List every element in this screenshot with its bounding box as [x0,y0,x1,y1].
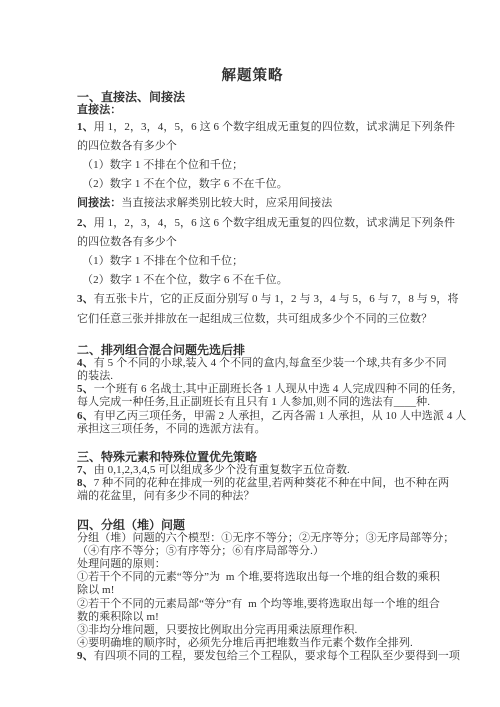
bold-text: 1、 [77,121,94,133]
text-line: 8、7 种不同的花种在排成一列的花盆里,若两种葵花不种在中间，也不种在两 [77,477,440,490]
section: 一、直接法、间接法直接法：1、用 1，2，3，4，5，6 这 6 个数字组成无重… [77,90,440,329]
body-text: 数的乘积除以 m! [77,611,159,623]
body-text: ③非均分堆问题，只要按比例取出分完再用乘法原理作积. [77,624,357,636]
body-text: 有甲乙丙三项任务，甲需 2 人承担，乙丙各需 1 人承担，从 10 人中选派 4… [94,410,467,422]
text-line: 9、有四项不同的工程，要发包给三个工程队，要求每个工程队至少要得到一项 [77,650,440,663]
body-text: 每人完成一种任务,且正副班长有且只有 1 人参加,则不同的选法有____种. [77,396,430,408]
section: 二、排列组合混合问题先选后排4、有 5 个不同的小球,装入 4 个不同的盒内,每… [77,343,440,436]
body-text: 的装法. [77,370,113,382]
text-line: 6、有甲乙丙三项任务，甲需 2 人承担，乙丙各需 1 人承担，从 10 人中选派… [77,410,440,423]
text-line: 1、用 1，2，3，4，5，6 这 6 个数字组成无重复的四位数，试求满足下列条… [77,118,440,137]
bold-text: 2、 [77,217,94,229]
text-line: ④要明确堆的顺序时，必须先分堆后再把堆数当作元素个数作全排列. [77,637,440,650]
bold-text: 7、 [77,464,94,476]
section-heading: 二、排列组合混合问题先选后排 [77,343,440,357]
text-line: 端的花盆里，问有多少不同的种法？ [77,490,440,503]
body-text: ①若干个不同的元素“等分”为 m 个堆,要将选取出每一个堆的组合数的乘积 [77,571,440,583]
body-text: 有五张卡片，它的正反面分别写 0 与 1，2 与 3，4 与 5，6 与 7，8… [94,293,459,305]
section: 三、特殊元素和特殊位置优先策略7、由 0,1,2,3,4,5 可以组成多少个没有… [77,450,440,504]
section-heading: 一、直接法、间接法 [77,90,440,104]
body-text: 的四位数各有多少个 [77,140,177,152]
text-line: 直接法： [77,104,440,118]
body-text: 它们任意三张并排放在一起组成三位数，共可组成多少个不同的三位数？ [77,313,432,325]
body-text: 当直接法求解类别比较大时，应采用间接法 [121,197,332,209]
text-line: 的装法. [77,370,440,383]
body-text: 端的花盆里，问有多少不同的种法？ [77,490,255,502]
document-page: 解题策略 一、直接法、间接法直接法：1、用 1，2，3，4，5，6 这 6 个数… [0,0,500,707]
text-line: 间接法：当直接法求解类别比较大时，应采用间接法 [77,194,440,213]
text-line: ②若干个不同的元素局部“等分”有 m 个均等堆,要将选取出每一个堆的组合 [77,598,440,611]
body-text: ④要明确堆的顺序时，必须先分堆后再把堆数当作元素个数作全排列. [77,637,413,649]
text-line: （1）数字 1 不排在个位和千位； [77,252,440,271]
text-line: 5、一个班有 6 名战士,其中正副班长各 1 人现从中选 4 人完成四种不同的任… [77,383,440,396]
text-line: 除以 m! [77,584,440,597]
body-text: 有 5 个不同的小球,装入 4 个不同的盒内,每盒至少装一个球,共有多少不同 [94,357,447,369]
text-line: 3、有五张卡片，它的正反面分别写 0 与 1，2 与 3，4 与 5，6 与 7… [77,290,440,309]
section: 四、分组（堆）问题分组（堆）问题的六个模型：①无序不等分；②无序等分；③无序局部… [77,518,440,664]
text-line: ①若干个不同的元素“等分”为 m 个堆,要将选取出每一个堆的组合数的乘积 [77,571,440,584]
text-line: 2、用 1，2，3，4，5，6 这 6 个数字组成无重复的四位数，试求满足下列条… [77,214,440,233]
text-line: （④有序不等分；⑤有序等分；⑥有序局部等分.） [77,545,440,558]
document-body: 一、直接法、间接法直接法：1、用 1，2，3，4，5，6 这 6 个数字组成无重… [77,90,440,664]
body-text: ②若干个不同的元素局部“等分”有 m 个均等堆,要将选取出每一个堆的组合 [77,598,440,610]
text-line: 的四位数各有多少个 [77,137,440,156]
text-line: ③非均分堆问题，只要按比例取出分完再用乘法原理作积. [77,624,440,637]
body-text: 一个班有 6 名战士,其中正副班长各 1 人现从中选 4 人完成四种不同的任务, [94,383,456,395]
body-text: 除以 m! [77,584,114,596]
body-text: 由 0,1,2,3,4,5 可以组成多少个没有重复数字五位奇数. [94,464,350,476]
text-line: 数的乘积除以 m! [77,611,440,624]
text-line: 每人完成一种任务,且正副班长有且只有 1 人参加,则不同的选法有____种. [77,396,440,409]
bold-text: 直接法： [77,104,121,116]
text-line: （2）数字 1 不在个位，数字 6 不在千位。 [77,271,440,290]
bold-text: 5、 [77,383,94,395]
text-line: 承担这三项任务，不同的选派方法有。 [77,423,440,436]
body-text: （④有序不等分；⑤有序等分；⑥有序局部等分.） [77,545,324,557]
text-line: 的四位数各有多少个 [77,233,440,252]
bold-text: 9、 [77,650,94,662]
bold-text: 间接法： [77,197,121,209]
text-line: （2）数字 1 不在个位，数字 6 不在千位。 [77,175,440,194]
body-text: 用 1，2，3，4，5，6 这 6 个数字组成无重复的四位数，试求满足下列条件 [94,217,455,229]
body-text: （1）数字 1 不排在个位和千位； [82,159,243,171]
text-line: 4、有 5 个不同的小球,装入 4 个不同的盒内,每盒至少装一个球,共有多少不同 [77,357,440,370]
bold-text: 6、 [77,410,94,422]
bold-text: 8、 [77,477,94,489]
body-text: （1）数字 1 不排在个位和千位； [82,255,243,267]
body-text: 7 种不同的花种在排成一列的花盆里,若两种葵花不种在中间，也不种在两 [94,477,449,489]
body-text: （2）数字 1 不在个位，数字 6 不在千位。 [82,178,288,190]
body-text: 处理问题的原则： [77,558,166,570]
bold-text: 4、 [77,357,94,369]
body-text: 分组（堆）问题的六个模型：①无序不等分；②无序等分；③无序局部等分； [77,532,454,544]
section-heading: 四、分组（堆）问题 [77,518,440,532]
body-text: 有四项不同的工程，要发包给三个工程队，要求每个工程队至少要得到一项 [94,650,460,662]
text-line: 处理问题的原则： [77,558,440,571]
section-heading: 三、特殊元素和特殊位置优先策略 [77,450,440,464]
body-text: （2）数字 1 不在个位，数字 6 不在千位。 [82,274,288,286]
bold-text: 3、 [77,293,94,305]
text-line: （1）数字 1 不排在个位和千位； [77,156,440,175]
body-text: 的四位数各有多少个 [77,236,177,248]
text-line: 它们任意三张并排放在一起组成三位数，共可组成多少个不同的三位数？ [77,310,440,329]
text-line: 7、由 0,1,2,3,4,5 可以组成多少个没有重复数字五位奇数. [77,464,440,477]
body-text: 用 1，2，3，4，5，6 这 6 个数字组成无重复的四位数，试求满足下列条件 [94,121,455,133]
body-text: 承担这三项任务，不同的选派方法有。 [77,423,266,435]
text-line: 分组（堆）问题的六个模型：①无序不等分；②无序等分；③无序局部等分； [77,532,440,545]
document-title: 解题策略 [77,68,428,85]
